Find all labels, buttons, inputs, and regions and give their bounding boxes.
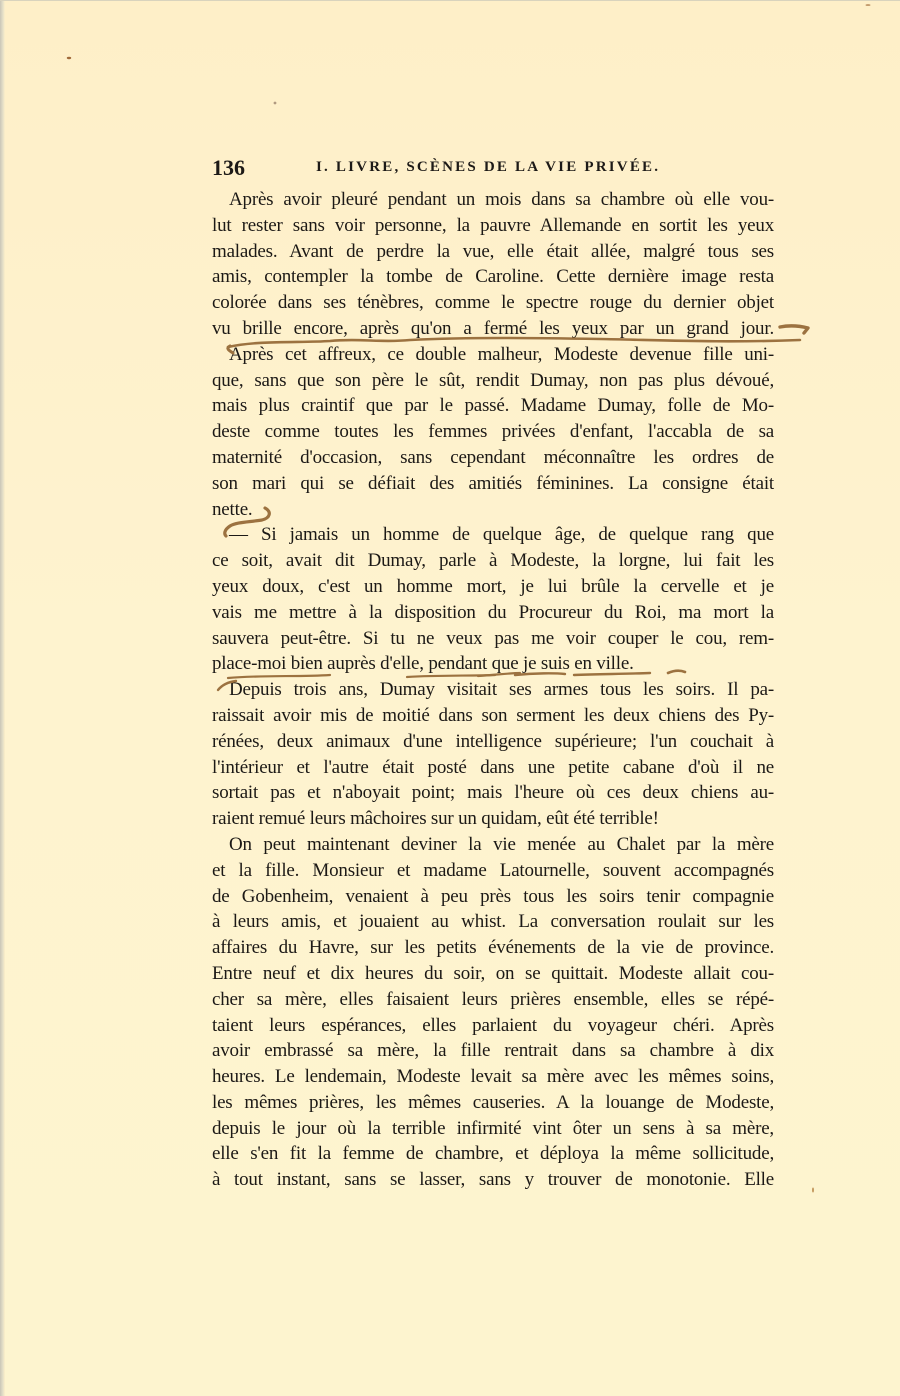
text-line: à leurs amis, et jouaient au whist. La c… — [212, 909, 774, 935]
text-line: l'intérieur et l'autre était posté dans … — [212, 755, 774, 781]
text-line: que, sans que son père le sût, rendit Du… — [212, 368, 774, 394]
text-line: à tout instant, sans se lasser, sans y t… — [212, 1167, 774, 1193]
page-number: 136 — [212, 155, 245, 181]
text-line: de Gobenheim, venaient à peu près tous l… — [212, 884, 774, 910]
running-head: I. LIVRE, SCÈNES DE LA VIE PRIVÉE. — [316, 159, 660, 176]
text-line: nette. — [212, 497, 774, 523]
text-line: Entre neuf et dix heures du soir, on se … — [212, 961, 774, 987]
text-line: raient remué leurs mâchoires sur un quid… — [212, 806, 774, 832]
text-line: — Si jamais un homme de quelque âge, de … — [212, 522, 774, 548]
text-line: place-moi bien auprès d'elle, pendant qu… — [212, 651, 774, 677]
text-line: son mari qui se défiait des amitiés fémi… — [212, 471, 774, 497]
page-header: 136 I. LIVRE, SCÈNES DE LA VIE PRIVÉE. — [212, 155, 792, 179]
text-line: raissait avoir mis de moitié dans son se… — [212, 703, 774, 729]
text-line: vu brille encore, après qu'on a fermé le… — [212, 316, 774, 342]
text-line: deste comme toutes les femmes privées d'… — [212, 419, 774, 445]
text-line: vais me mettre à la disposition du Procu… — [212, 600, 774, 626]
text-line: elle s'en fit la femme de chambre, et dé… — [212, 1141, 774, 1167]
text-line: cher sa mère, elles faisaient leurs priè… — [212, 987, 774, 1013]
body-text: Après avoir pleuré pendant un mois dans … — [212, 187, 774, 1193]
text-line: colorée dans ses ténèbres, comme le spec… — [212, 290, 774, 316]
text-line: amis, contempler la tombe de Caroline. C… — [212, 264, 774, 290]
text-line: malades. Avant de perdre la vue, elle ét… — [212, 239, 774, 265]
text-line: rénées, deux animaux d'une intelligence … — [212, 729, 774, 755]
text-line: On peut maintenant deviner la vie menée … — [212, 832, 774, 858]
text-line: maternité d'occasion, sans cependant méc… — [212, 445, 774, 471]
text-line: yeux doux, c'est un homme mort, je lui b… — [212, 574, 774, 600]
text-line: Après cet affreux, ce double malheur, Mo… — [212, 342, 774, 368]
text-line: Après avoir pleuré pendant un mois dans … — [212, 187, 774, 213]
text-line: heures. Le lendemain, Modeste levait sa … — [212, 1064, 774, 1090]
text-line: affaires du Havre, sur les petits événem… — [212, 935, 774, 961]
text-line: mais plus craintif que par le passé. Mad… — [212, 393, 774, 419]
text-line: taient leurs espérances, elles parlaient… — [212, 1013, 774, 1039]
text-line: les mêmes prières, les mêmes causeries. … — [212, 1090, 774, 1116]
text-line: Depuis trois ans, Dumay visitait ses arm… — [212, 677, 774, 703]
text-line: depuis le jour où la terrible infirmité … — [212, 1116, 774, 1142]
text-line: sortait pas et n'aboyait point; mais l'h… — [212, 780, 774, 806]
text-line: avoir embrassé sa mère, la fille rentrai… — [212, 1038, 774, 1064]
text-line: et la fille. Monsieur et madame Latourne… — [212, 858, 774, 884]
text-line: sauvera peut-être. Si tu ne veux pas me … — [212, 626, 774, 652]
text-line: ce soit, avait dit Dumay, parle à Modest… — [212, 548, 774, 574]
text-line: lut rester sans voir personne, la pauvre… — [212, 213, 774, 239]
